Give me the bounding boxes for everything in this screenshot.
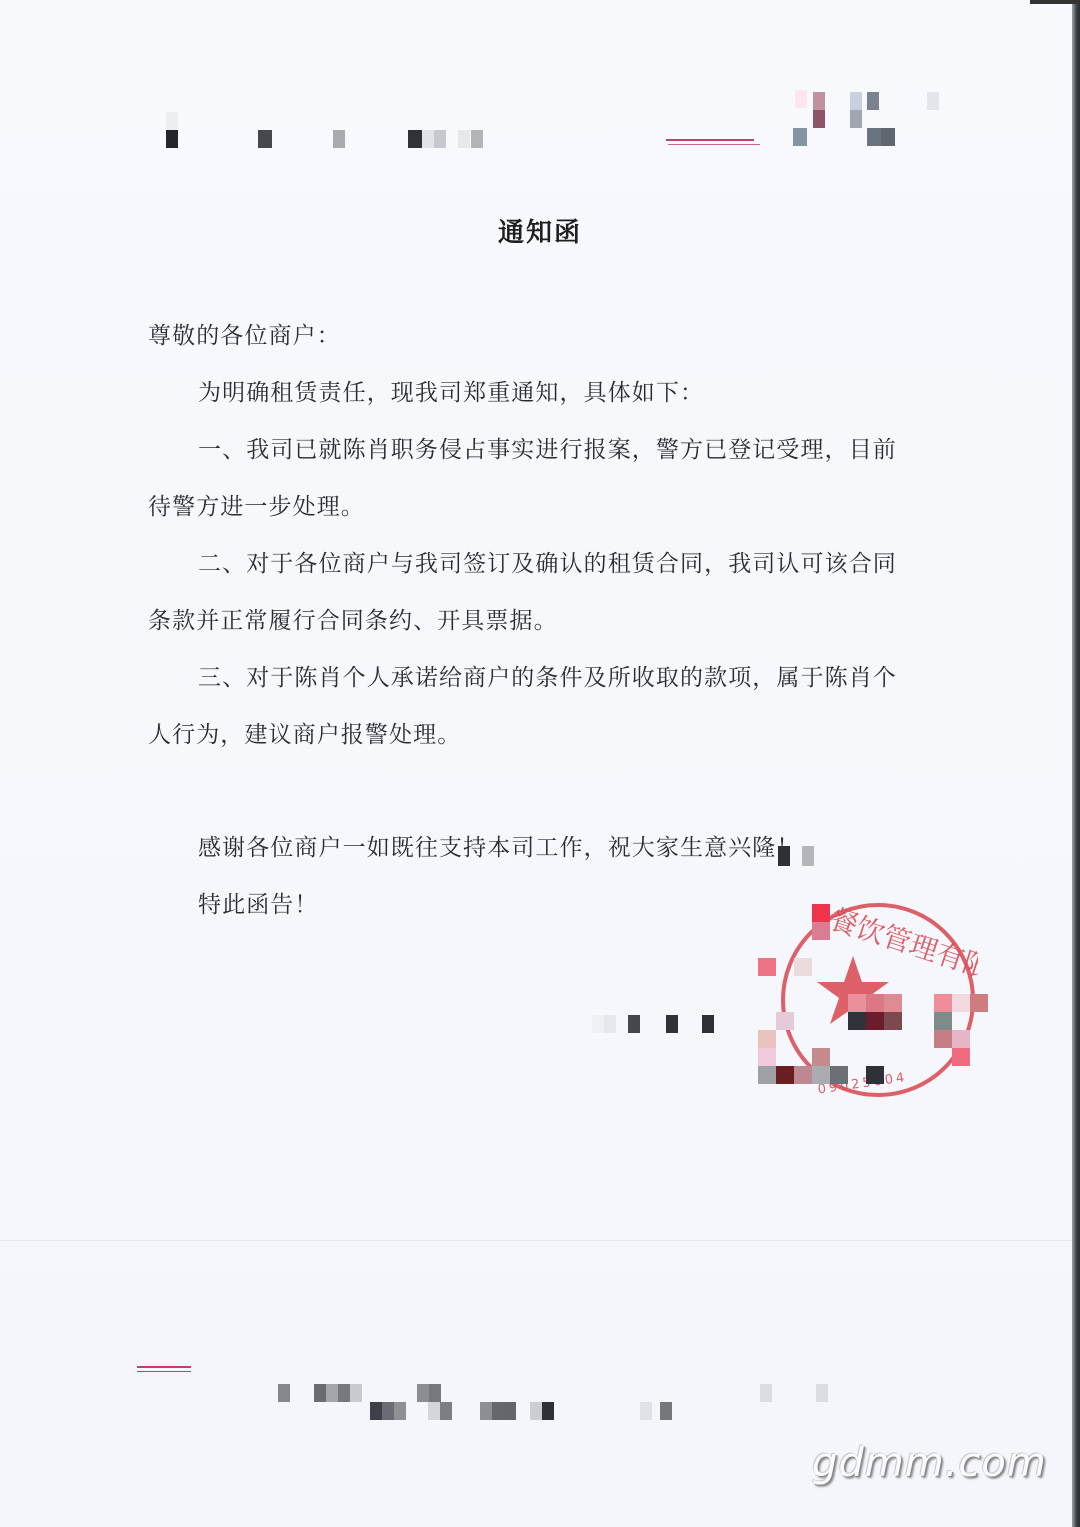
scan-top-edge	[1030, 0, 1080, 4]
header-logo-redacted	[795, 90, 945, 150]
page-fold-line	[0, 1240, 1080, 1241]
company-seal: 餐饮管理有限 09025004	[758, 888, 978, 1108]
footer-accent-line	[137, 1366, 191, 1368]
header-accent-line	[666, 139, 754, 141]
item-1-line-2: 待警方进一步处理。	[148, 488, 365, 521]
item-2-line-2: 条款并正常履行合同条约、开具票据。	[148, 602, 558, 635]
scan-edge-shadow	[1072, 0, 1080, 1527]
site-watermark: gdmm.com	[812, 1440, 1047, 1486]
document-title: 通知函	[0, 212, 1080, 249]
closing-redacted-mark	[778, 846, 818, 866]
item-2-line-1: 二、对于各位商户与我司签订及确认的租赁合同，我司认可该合同	[198, 545, 897, 578]
seal-redaction-mosaic	[758, 888, 978, 1108]
signature-company-redacted	[592, 1015, 732, 1035]
closing-notice: 特此函告！	[198, 886, 319, 919]
scanned-page: 通知函 尊敬的各位商户： 为明确租赁责任，现我司郑重通知，具体如下： 一、我司已…	[0, 0, 1072, 1527]
item-1-line-1: 一、我司已就陈肖职务侵占事实进行报案，警方已登记受理，目前	[198, 431, 897, 464]
footer-accent-line-2	[137, 1371, 191, 1372]
item-3-line-2: 人行为，建议商户报警处理。	[148, 716, 461, 749]
salutation: 尊敬的各位商户：	[148, 317, 341, 350]
intro-paragraph: 为明确租赁责任，现我司郑重通知，具体如下：	[198, 374, 704, 407]
header-accent-line-2	[668, 144, 760, 145]
header-company-name-redacted	[158, 118, 528, 158]
item-3-line-1: 三、对于陈肖个人承诺给商户的条件及所收取的款项，属于陈肖个	[198, 659, 897, 692]
footer-address-redacted	[260, 1380, 840, 1424]
closing-line: 感谢各位商户一如既往支持本司工作，祝大家生意兴隆！	[198, 829, 801, 862]
